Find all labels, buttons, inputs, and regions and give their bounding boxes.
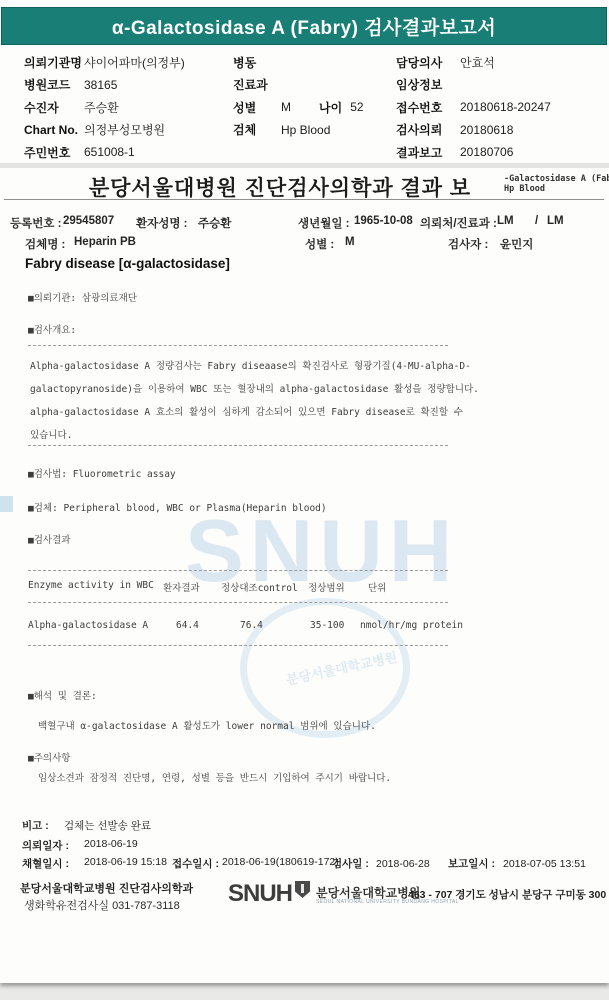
- title-rule: [4, 199, 604, 200]
- overview-line: galactopyranoside)을 이용하여 WBC 또는 혈장내의 alp…: [30, 381, 479, 395]
- report-title: α-Galactosidase A (Fabry) 검사결과보고서: [112, 13, 496, 40]
- field-value: 651008-1: [84, 145, 135, 159]
- reg-label: 등록번호 :: [10, 215, 61, 231]
- field-value: M: [281, 100, 291, 114]
- birth-label: 생년월일 :: [298, 215, 349, 231]
- field-doctor: 담당의사안효석: [396, 51, 551, 74]
- dashed-divider: [28, 570, 448, 571]
- field-label: 성별: [233, 99, 281, 116]
- footer-address: 463 - 707 경기도 성남시 분당구 구미동 300: [408, 887, 606, 902]
- dashed-divider: [28, 345, 448, 346]
- specimen-line: ■검체: Peripheral blood, WBC or Plasma(Hep…: [28, 500, 327, 514]
- dept-value2: LM: [547, 215, 564, 227]
- field-report-date: 결과보고20180706: [396, 141, 551, 164]
- field-patient: 수진자주승환: [24, 96, 185, 119]
- table-header-range: 정상범위: [308, 580, 345, 594]
- field-label: 주민번호: [24, 144, 84, 161]
- title-bar: α-Galactosidase A (Fabry) 검사결과보고서: [1, 7, 607, 45]
- field-value: Hp Blood: [281, 123, 330, 137]
- dashed-divider: [28, 602, 448, 603]
- field-value: 의정부성모병원: [84, 121, 165, 138]
- field-label: 검체: [233, 121, 281, 138]
- field-receipt-no: 접수번호20180618-20247: [396, 96, 551, 119]
- scan-artifact: [0, 496, 13, 512]
- report-datetime-label: 보고일시 :: [448, 856, 495, 871]
- sex-label: 성별 :: [305, 236, 334, 252]
- overlay-line2: Hp Blood: [504, 184, 609, 194]
- request-date-value: 2018-06-19: [84, 838, 138, 850]
- receipt-value: 2018-06-19(180619-172): [222, 856, 339, 868]
- footer-dept-line2: 생화학유전검사실 031-787-3118: [24, 897, 180, 913]
- screen-background: α-Galactosidase A (Fabry) 검사결과보고서 의뢰기관명샤…: [0, 0, 609, 1000]
- interpretation-heading: ■해석 및 결론:: [28, 688, 97, 702]
- field-label: 담당의사: [396, 54, 460, 71]
- header-info-left: 의뢰기관명샤이어파마(의정부) 병원코드38165 수진자주승환 Chart N…: [24, 51, 185, 164]
- remark-label: 비고 :: [22, 818, 49, 833]
- field-value: 주승환: [84, 99, 119, 116]
- table-header-test: Enzyme activity in WBC: [28, 580, 154, 591]
- collection-value: 2018-06-19 15:18: [84, 856, 167, 868]
- snuh-shield-icon: [295, 881, 310, 898]
- footer-dept-line1: 분당서울대학교병원 진단검사의학과: [20, 880, 193, 896]
- specimen-label: 검체명 :: [25, 236, 65, 252]
- overview-heading: ■검사개요:: [28, 322, 76, 336]
- field-chart-no: Chart No.의정부성모병원: [24, 119, 185, 142]
- field-value-age: 52: [350, 100, 363, 114]
- sex-value: M: [345, 236, 355, 248]
- field-label: 병원코드: [24, 76, 84, 93]
- method-line: ■검사법: Fluorometric assay: [28, 466, 176, 480]
- field-request-date: 검사의뢰20180618: [396, 119, 551, 142]
- field-label: 접수번호: [396, 99, 460, 116]
- field-referrer: 의뢰기관명샤이어파마(의정부): [24, 51, 185, 74]
- report-datetime-value: 2018-07-05 13:51: [503, 858, 586, 870]
- name-label: 환자성명 :: [136, 215, 187, 231]
- overview-line: 있습니다.: [30, 427, 72, 441]
- field-value: 안효석: [460, 54, 495, 71]
- table-cell-control: 76.4: [240, 620, 263, 631]
- table-cell-range: 35-100: [310, 620, 344, 631]
- field-value: 20180618: [460, 123, 513, 137]
- doc-title-overlay: -Galactosidase A (Fab Hp Blood: [504, 174, 609, 194]
- overview-line: alpha-galactosidase A 효소의 활성이 심하게 감소되어 있…: [30, 404, 463, 418]
- field-label: 결과보고: [396, 144, 460, 161]
- field-value: 샤이어파마(의정부): [84, 54, 185, 71]
- header-info-right: 담당의사안효석 임상정보 접수번호20180618-20247 검사의뢰2018…: [396, 51, 551, 164]
- receipt-label: 접수일시 :: [172, 856, 219, 871]
- field-sex-age: 성별M나이52: [233, 96, 364, 119]
- dept-value: LM: [497, 215, 514, 227]
- dashed-divider: [28, 445, 448, 446]
- field-hospital-code: 병원코드38165: [24, 74, 185, 97]
- remark-value: 검체는 선발송 완료: [64, 818, 151, 833]
- request-date-label: 의뢰일자 :: [22, 838, 69, 853]
- examiner-label: 검사자 :: [448, 236, 488, 252]
- specimen-value: Heparin PB: [74, 236, 136, 248]
- dept-label: 의뢰처/진료과 :: [420, 215, 497, 231]
- test-date-value: 2018-06-28: [376, 858, 430, 870]
- dashed-divider: [28, 645, 448, 646]
- snuh-logo-text: SNUH: [228, 880, 292, 908]
- overlay-line1: -Galactosidase A (Fab: [504, 174, 609, 184]
- dept-separator: /: [535, 215, 538, 227]
- referral-line: ■의뢰기관: 삼광의료재단: [28, 290, 137, 304]
- collection-label: 채혈일시 :: [22, 856, 69, 871]
- report-page: α-Galactosidase A (Fabry) 검사결과보고서 의뢰기관명샤…: [0, 0, 609, 983]
- birth-value: 1965-10-08: [354, 215, 413, 227]
- field-label: 진료과: [233, 76, 281, 93]
- interpretation-text: 백혈구내 α-galactosidase A 활성도가 lower normal…: [38, 718, 376, 732]
- table-header-control: 정상대조control: [221, 580, 298, 594]
- field-label: 수진자: [24, 99, 84, 116]
- table-cell-patient: 64.4: [176, 620, 199, 631]
- field-value: 38165: [84, 78, 117, 92]
- caution-text: 임상소견과 잠정적 진단명, 연령, 성별 등을 반드시 기입하여 주시기 바랍…: [38, 770, 391, 784]
- overview-line: Alpha-galactosidase A 정량검사는 Fabry diseaa…: [30, 358, 471, 372]
- doc-title: 분당서울대병원 진단검사의학과 결과 보: [0, 172, 560, 202]
- caution-heading: ■주의사항: [28, 750, 70, 764]
- field-value: 20180706: [460, 145, 513, 159]
- table-cell-unit: nmol/hr/mg protein: [360, 620, 463, 631]
- field-clinical-info: 임상정보: [396, 74, 551, 97]
- name-value: 주승환: [198, 215, 231, 231]
- field-value: 20180618-20247: [460, 100, 551, 114]
- field-label: 임상정보: [396, 76, 460, 93]
- table-cell-test: Alpha-galactosidase A: [28, 620, 148, 631]
- field-label: 검사의뢰: [396, 121, 460, 138]
- field-resident-no: 주민번호651008-1: [24, 141, 185, 164]
- test-name-heading: Fabry disease [α-galactosidase]: [25, 256, 230, 271]
- field-label: Chart No.: [24, 123, 84, 137]
- field-department: 진료과: [233, 74, 364, 97]
- examiner-value: 윤민지: [500, 236, 533, 252]
- header-info-middle: 병동 진료과 성별M나이52 검체Hp Blood: [233, 51, 364, 141]
- scanned-report: SNUH 분당서울대학교병원 분당서울대병원 진단검사의학과 결과 보 -Gal…: [0, 168, 609, 983]
- field-label-age: 나이: [319, 99, 342, 116]
- result-heading: ■검사결과: [28, 532, 70, 546]
- reg-value: 29545807: [63, 215, 114, 227]
- field-specimen: 검체Hp Blood: [233, 119, 364, 142]
- table-header-unit: 단위: [368, 580, 386, 594]
- test-date-label: 검사일 :: [332, 856, 369, 871]
- field-ward: 병동: [233, 51, 364, 74]
- field-label: 의뢰기관명: [24, 54, 84, 71]
- field-label: 병동: [233, 54, 281, 71]
- table-header-patient: 환자결과: [163, 580, 200, 594]
